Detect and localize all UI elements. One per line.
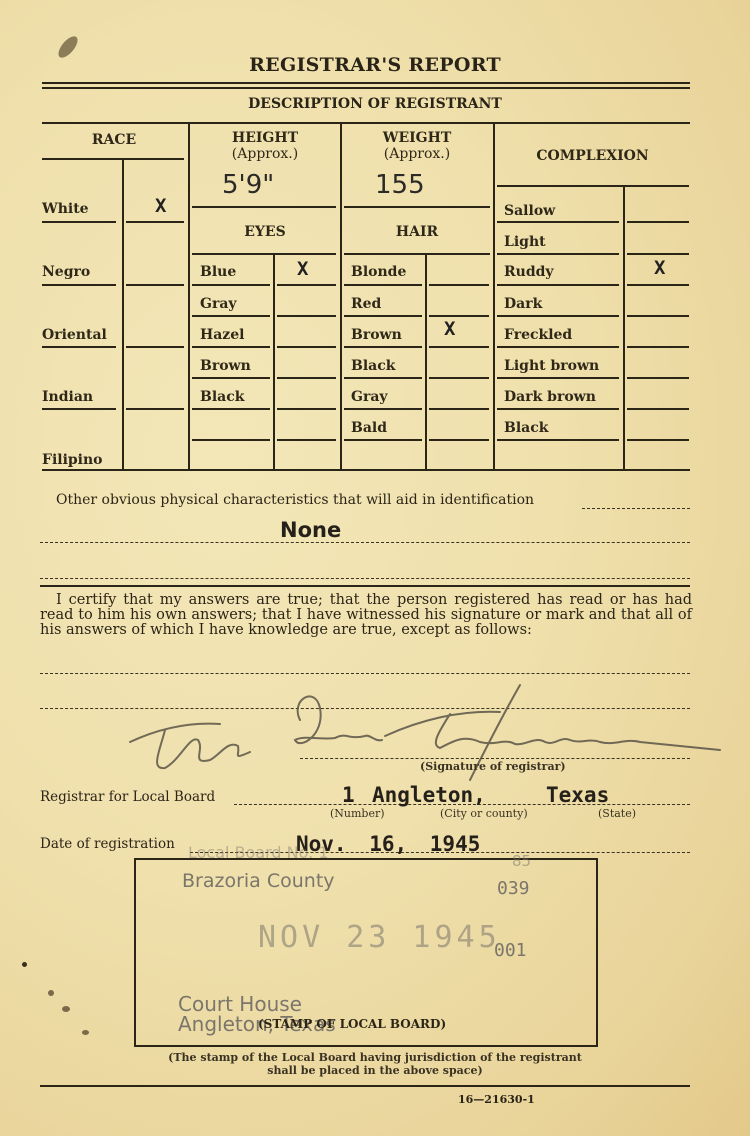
table-top-rule — [42, 122, 690, 124]
hair-brown-checkbox[interactable]: X — [444, 318, 455, 340]
other-characteristics-label: Other obvious physical characteristics t… — [56, 493, 534, 508]
registrar-signature[interactable] — [120, 680, 740, 790]
row-rule — [42, 408, 116, 410]
stamp-note-line-2: shall be placed in the above space) — [100, 1064, 650, 1077]
row-rule — [344, 377, 422, 379]
certification-text: I certify that my answers are true; that… — [40, 593, 692, 638]
weight-value[interactable]: 155 — [375, 170, 425, 200]
row-rule — [344, 253, 490, 255]
race-indian-label: Indian — [42, 389, 93, 405]
leader-line — [582, 508, 690, 509]
row-rule — [429, 408, 489, 410]
row-rule — [429, 377, 489, 379]
stamp-code-2: 039 — [497, 878, 530, 899]
eyes-blue-label: Blue — [200, 264, 236, 280]
hair-gray-label: Gray — [351, 389, 388, 405]
stamp-note: (The stamp of the Local Board having jur… — [100, 1051, 650, 1077]
ink-spot — [22, 962, 27, 967]
row-rule — [192, 346, 270, 348]
hair-blonde-label: Blonde — [351, 264, 406, 280]
fill-line — [40, 578, 690, 579]
fill-line — [40, 542, 690, 543]
row-rule — [344, 206, 490, 208]
weight-subheader: (Approx.) — [342, 146, 492, 162]
ink-spot — [62, 1006, 70, 1012]
row-rule — [497, 253, 619, 255]
local-board-number[interactable]: 1 — [342, 783, 355, 807]
row-rule — [627, 253, 689, 255]
footer-rule — [40, 1085, 690, 1087]
row-rule — [277, 408, 336, 410]
complexion-light-brown-label: Light brown — [504, 358, 599, 374]
row-rule — [627, 377, 689, 379]
height-header: HEIGHT — [190, 130, 340, 146]
row-rule — [497, 439, 619, 441]
hair-header: HAIR — [342, 224, 492, 240]
row-rule — [42, 221, 116, 223]
stamp-board-number: Local Board No. 1 — [188, 843, 329, 862]
weight-header: WEIGHT — [342, 130, 492, 146]
col-divider — [188, 124, 190, 470]
row-rule — [277, 377, 336, 379]
col-divider — [493, 124, 495, 470]
form-number: 16—21630-1 — [458, 1093, 535, 1106]
eyes-brown-label: Brown — [200, 358, 251, 374]
complexion-sallow-label: Sallow — [504, 203, 555, 219]
col-divider — [425, 255, 427, 470]
title-rule-2 — [42, 87, 690, 89]
stamp-date: NOV 23 1945 — [258, 920, 501, 955]
eyes-gray-label: Gray — [200, 296, 237, 312]
col-divider — [340, 124, 342, 470]
row-rule — [344, 346, 422, 348]
row-rule — [192, 408, 270, 410]
row-rule — [277, 284, 336, 286]
local-board-city[interactable]: Angleton, — [372, 783, 486, 807]
row-rule — [126, 408, 184, 410]
row-rule — [126, 221, 184, 223]
other-characteristics-value[interactable]: None — [280, 518, 341, 542]
row-rule — [627, 284, 689, 286]
ink-spot — [48, 990, 54, 996]
date-of-registration-label: Date of registration — [40, 837, 175, 852]
stamp-county: Brazoria County — [182, 870, 335, 892]
row-rule — [192, 439, 270, 441]
row-rule — [126, 346, 184, 348]
complexion-ruddy-label: Ruddy — [504, 264, 554, 280]
stamp-note-line-1: (The stamp of the Local Board having jur… — [100, 1051, 650, 1064]
row-rule — [497, 408, 619, 410]
height-value[interactable]: 5'9" — [222, 170, 274, 200]
row-rule — [192, 253, 336, 255]
row-rule — [344, 439, 422, 441]
row-rule — [277, 315, 336, 317]
hair-black-label: Black — [351, 358, 395, 374]
row-rule — [344, 284, 422, 286]
row-rule — [627, 221, 689, 223]
height-subheader: (Approx.) — [190, 146, 340, 162]
stamp-caption: (STAMP OF LOCAL BOARD) — [258, 1017, 446, 1031]
col-divider — [273, 255, 275, 470]
row-rule — [497, 315, 619, 317]
row-rule — [192, 206, 336, 208]
eyes-blue-checkbox[interactable]: X — [297, 258, 308, 280]
row-rule — [42, 284, 116, 286]
row-rule — [42, 158, 184, 160]
row-rule — [429, 346, 489, 348]
complexion-header: COMPLEXION — [495, 148, 690, 164]
row-rule — [277, 439, 336, 441]
row-rule — [627, 408, 689, 410]
complexion-black-label: Black — [504, 420, 548, 436]
row-rule — [429, 315, 489, 317]
complexion-ruddy-checkbox[interactable]: X — [654, 257, 665, 279]
row-rule — [192, 284, 270, 286]
section-title: DESCRIPTION OF REGISTRANT — [0, 96, 750, 112]
row-rule — [627, 346, 689, 348]
exceptions-line — [40, 673, 690, 674]
hair-red-label: Red — [351, 296, 381, 312]
caption-number: (Number) — [330, 807, 385, 820]
complexion-dark-label: Dark — [504, 296, 542, 312]
race-oriental-label: Oriental — [42, 327, 107, 343]
caption-state: (State) — [598, 807, 636, 820]
local-board-state[interactable]: Texas — [546, 783, 609, 807]
row-rule — [627, 439, 689, 441]
race-filipino-label: Filipino — [42, 452, 103, 468]
row-rule — [497, 346, 619, 348]
row-rule — [497, 284, 619, 286]
row-rule — [192, 377, 270, 379]
caption-city: (City or county) — [440, 807, 528, 820]
stamp-code-1: 85 — [512, 852, 531, 870]
row-rule — [497, 185, 689, 187]
hair-brown-label: Brown — [351, 327, 402, 343]
eyes-black-label: Black — [200, 389, 244, 405]
stamp-code-3: 001 — [494, 940, 527, 961]
local-board-label: Registrar for Local Board — [40, 790, 215, 805]
row-rule — [277, 346, 336, 348]
row-rule — [497, 221, 619, 223]
race-negro-label: Negro — [42, 264, 90, 280]
row-rule — [344, 315, 422, 317]
table-bottom-rule — [42, 469, 690, 471]
report-title: REGISTRAR'S REPORT — [0, 54, 750, 76]
col-divider — [623, 187, 625, 470]
row-rule — [429, 284, 489, 286]
row-rule — [627, 315, 689, 317]
eyes-header: EYES — [190, 224, 340, 240]
complexion-dark-brown-label: Dark brown — [504, 389, 596, 405]
ink-spot — [82, 1030, 89, 1035]
hair-bald-label: Bald — [351, 420, 387, 436]
row-rule — [344, 408, 422, 410]
complexion-light-label: Light — [504, 234, 546, 250]
section-rule — [40, 585, 690, 587]
complexion-freckled-label: Freckled — [504, 327, 572, 343]
eyes-hazel-label: Hazel — [200, 327, 244, 343]
race-header: RACE — [42, 132, 186, 148]
race-white-label: White — [42, 201, 89, 217]
row-rule — [192, 315, 270, 317]
row-rule — [126, 284, 184, 286]
row-rule — [429, 439, 489, 441]
title-rule-1 — [42, 82, 690, 84]
row-rule — [497, 377, 619, 379]
signature-line — [300, 758, 690, 759]
signature-caption: (Signature of registrar) — [420, 760, 566, 773]
col-divider — [122, 160, 124, 470]
race-white-checkbox[interactable]: X — [155, 195, 166, 217]
row-rule — [42, 346, 116, 348]
